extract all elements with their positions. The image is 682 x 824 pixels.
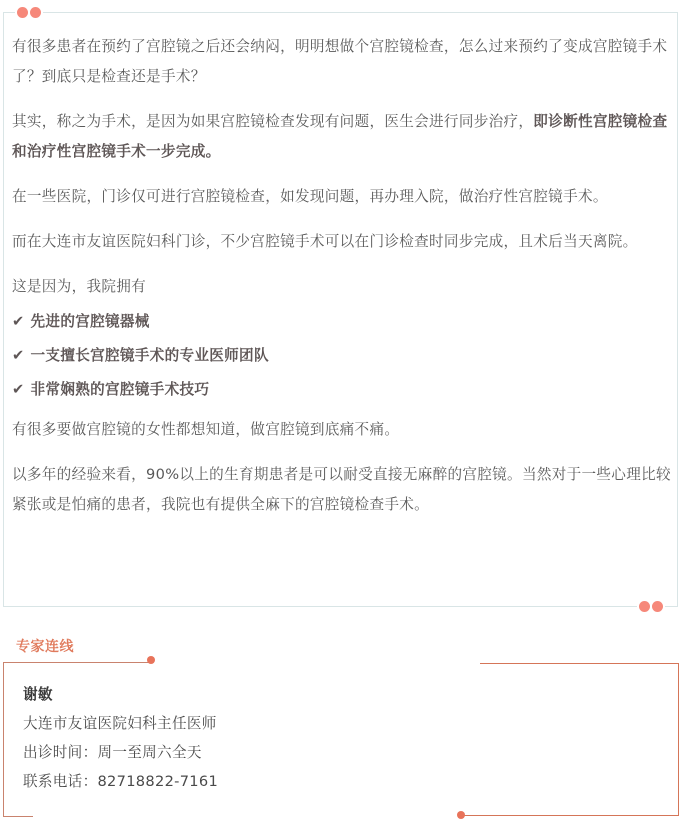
frame-node-icon — [147, 656, 155, 664]
quote-open-icon — [15, 7, 43, 18]
paragraph-other-hospitals: 在一些医院，门诊仅可进行宫腔镜检查，如发现问题，再办理入院，做治疗性宫腔镜手术。 — [12, 182, 672, 212]
check-icon: ✔ — [12, 313, 25, 330]
checklist-item: ✔一支擅长宫腔镜手术的专业医师团队 — [12, 341, 672, 371]
paragraph-our-hospital: 而在大连市友谊医院妇科门诊，不少宫腔镜手术可以在门诊检查时同步完成，且术后当天离… — [12, 227, 672, 257]
expert-frame-right — [480, 663, 679, 816]
expert-section-title: 专家连线 — [16, 636, 74, 656]
expert-position: 大连市友谊医院妇科主任医师 — [23, 709, 218, 738]
expert-frame-divider — [3, 816, 33, 817]
check-icon: ✔ — [12, 347, 25, 364]
expert-phone: 联系电话：82718822-7161 — [23, 767, 218, 796]
paragraph-reason: 这是因为，我院拥有 — [12, 272, 672, 302]
paragraph-anesthesia: 以多年的经验来看，90%以上的生育期患者是可以耐受直接无麻醉的宫腔镜。当然对于一… — [12, 460, 672, 520]
expert-card: 谢敏 大连市友谊医院妇科主任医师 出诊时间：周一至周六全天 联系电话：82718… — [23, 680, 218, 796]
checklist-item: ✔先进的宫腔镜器械 — [12, 307, 672, 337]
checklist-item: ✔非常娴熟的宫腔镜手术技巧 — [12, 375, 672, 405]
article-content: 有很多患者在预约了宫腔镜之后还会纳闷，明明想做个宫腔镜检查，怎么过来预约了变成宫… — [12, 32, 672, 535]
paragraph-intro: 有很多患者在预约了宫腔镜之后还会纳闷，明明想做个宫腔镜检查，怎么过来预约了变成宫… — [12, 32, 672, 92]
expert-frame-divider — [463, 815, 679, 816]
paragraph-pain-question: 有很多要做宫腔镜的女性都想知道，做宫腔镜到底痛不痛。 — [12, 415, 672, 445]
expert-schedule: 出诊时间：周一至周六全天 — [23, 738, 218, 767]
check-icon: ✔ — [12, 381, 25, 398]
expert-name: 谢敏 — [23, 680, 218, 709]
paragraph-explanation: 其实，称之为手术，是因为如果宫腔镜检查发现有问题，医生会进行同步治疗，即诊断性宫… — [12, 107, 672, 167]
quote-close-icon — [637, 601, 665, 612]
frame-node-icon — [457, 811, 465, 819]
